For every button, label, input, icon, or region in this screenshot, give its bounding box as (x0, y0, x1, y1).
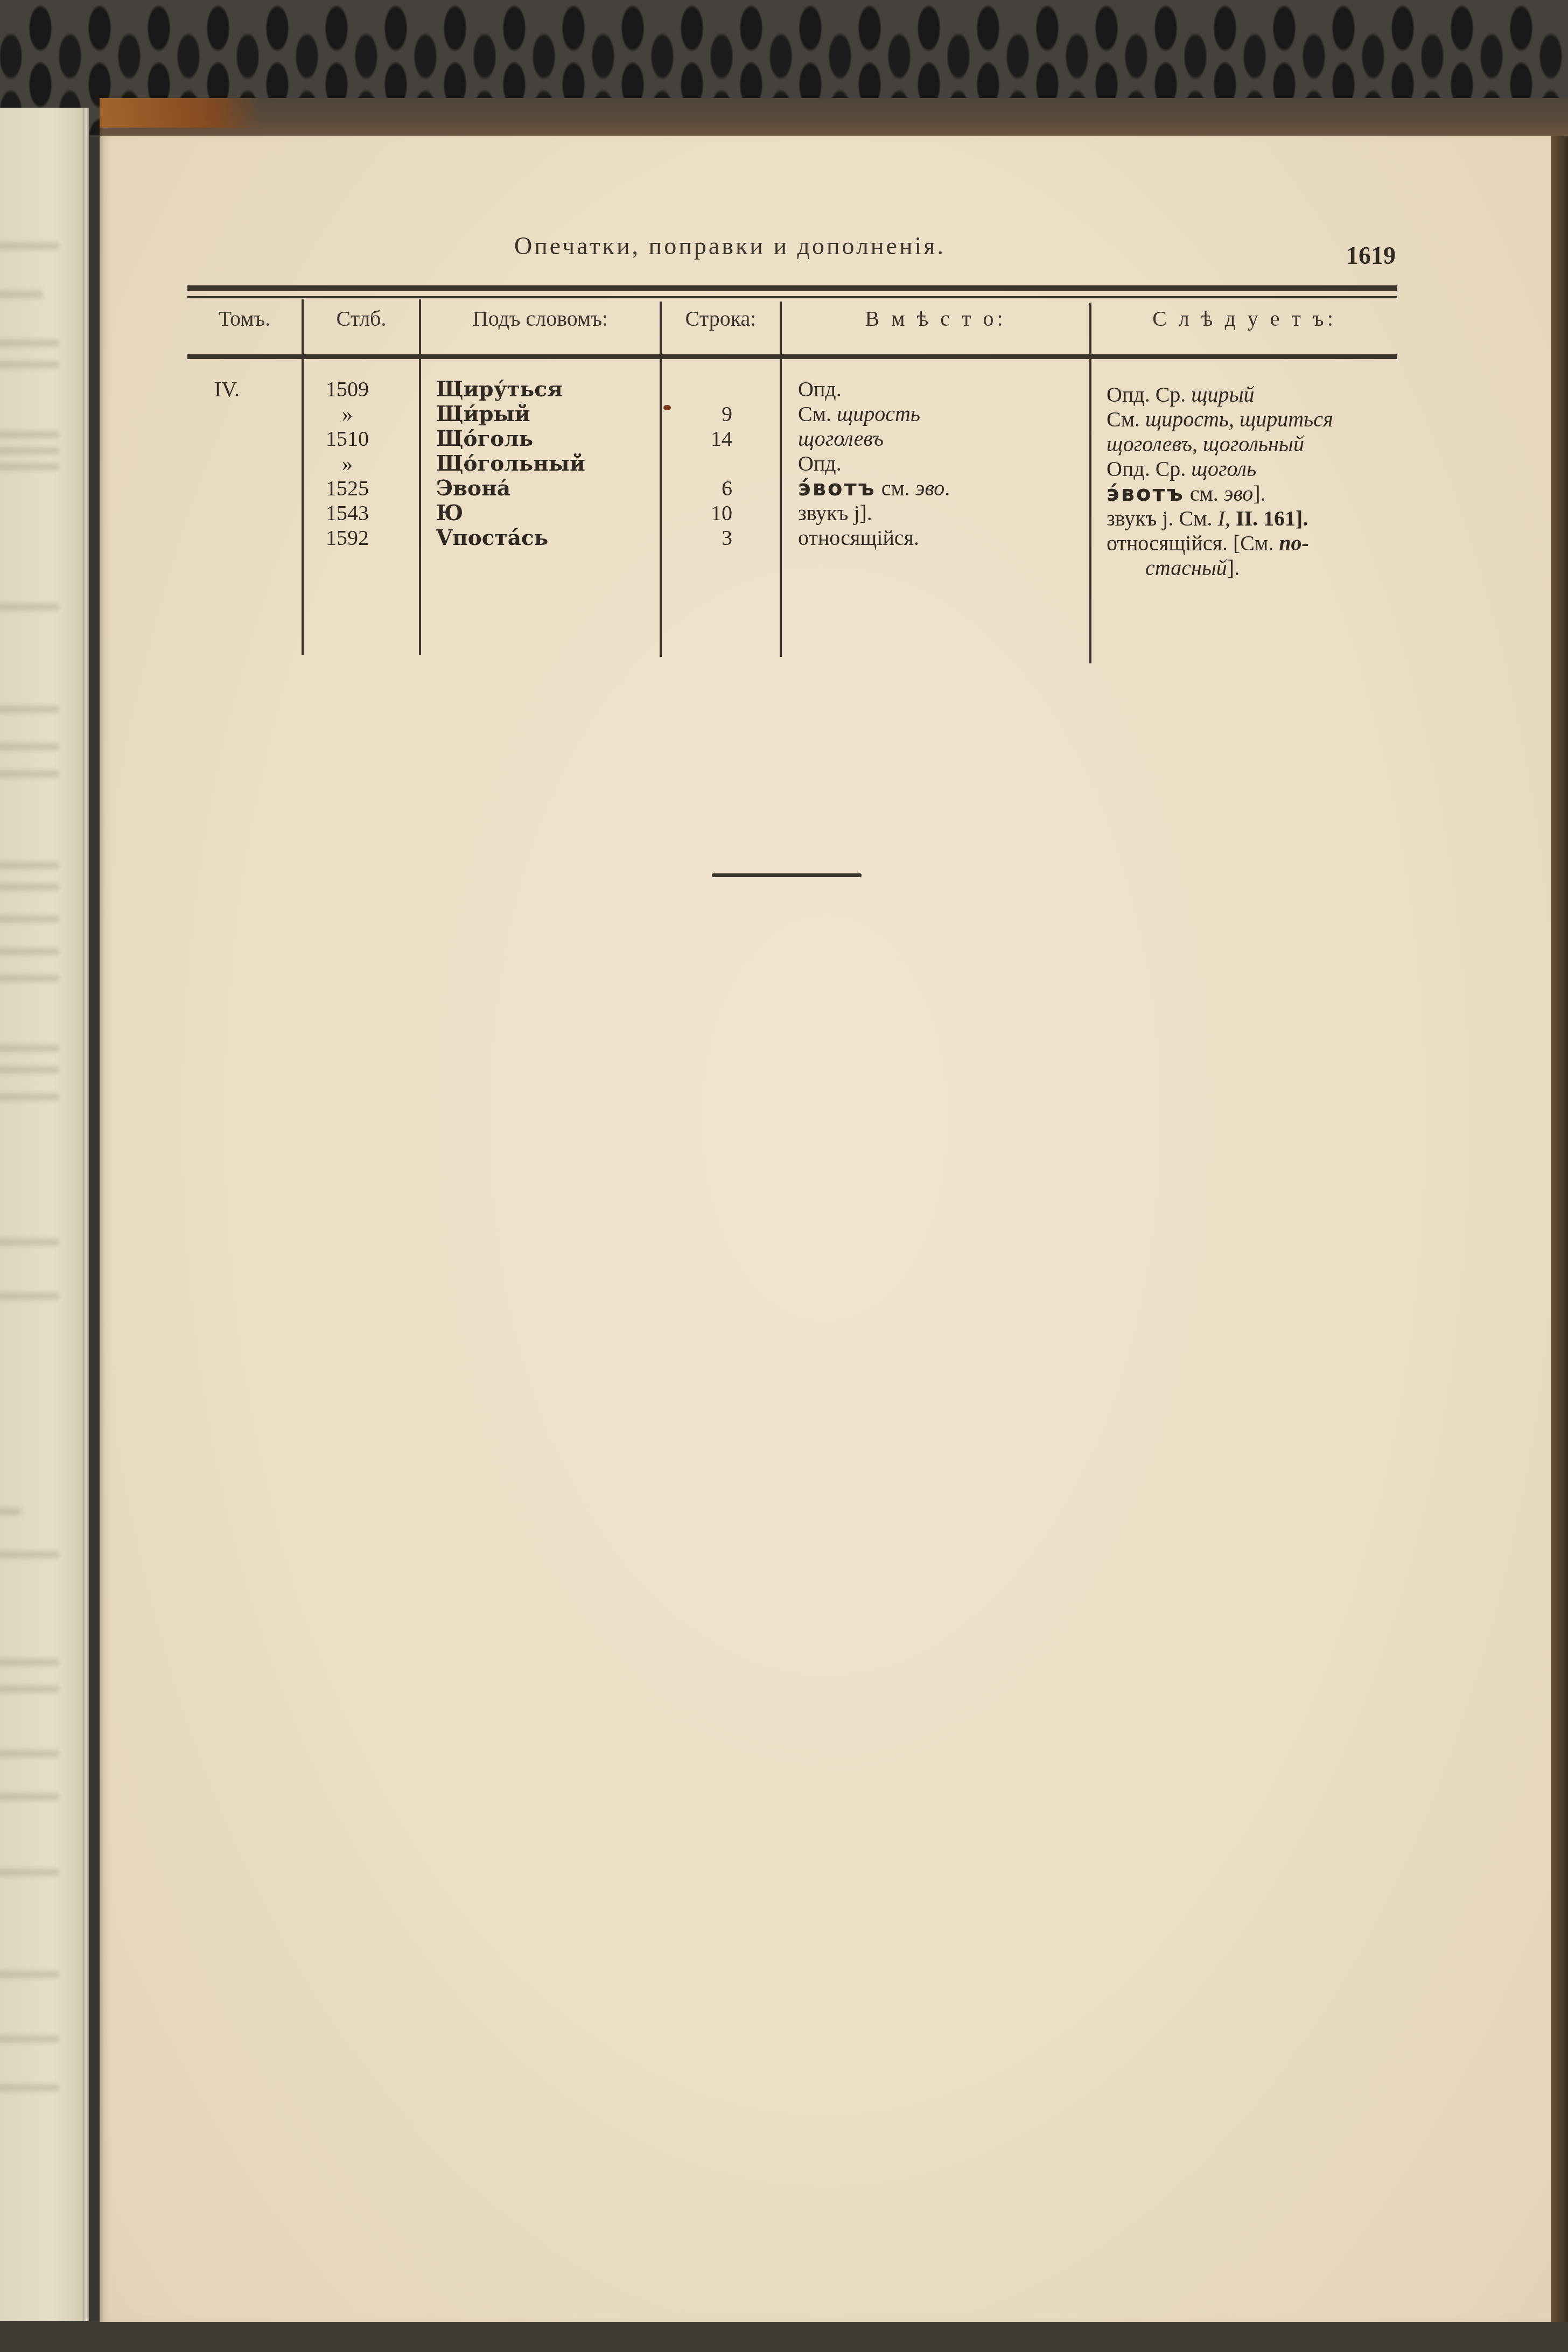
should-be-entry: стасный]. (1107, 556, 1333, 580)
line-number (673, 451, 732, 476)
column-divider (419, 299, 421, 655)
entry-tail: ]. (1253, 481, 1265, 506)
should-be-list: Опд. Ср. щирый См. щирость, щириться щог… (1107, 382, 1333, 580)
column-number-list: 1509 » 1510 » 1525 1543 1592 (318, 377, 377, 550)
should-be-entry: э́вотъ см. эво]. (1107, 481, 1333, 506)
ink-stain (663, 405, 671, 410)
should-be-entry: Опд. Ср. щоголь (1107, 457, 1333, 481)
column-divider (302, 299, 304, 655)
instead-of-entry: Опд. (798, 377, 950, 402)
entry-text: см. (1185, 481, 1224, 506)
column-number: 1509 (318, 377, 377, 402)
line-number: 14 (673, 426, 732, 451)
headword: Що́гольный (436, 451, 585, 476)
illegible-text (0, 339, 59, 347)
entry-italic: щирый (1191, 382, 1254, 407)
facing-page-strip (0, 108, 89, 2321)
entry-text: Опд. (798, 451, 842, 475)
header-stlb: Стлб. (304, 306, 419, 331)
instead-of-entry: Опд. (798, 451, 950, 476)
section-end-rule (712, 873, 862, 877)
illegible-text (0, 1868, 59, 1876)
illegible-text (0, 603, 59, 611)
illegible-text (0, 743, 59, 751)
illegible-text (0, 770, 59, 778)
book-binding-top (100, 98, 1568, 136)
headword: Vпоста́сь (436, 526, 585, 550)
should-be-entry: См. щирость, щириться (1107, 407, 1333, 432)
entry-italic: щоголь (1191, 457, 1256, 481)
illegible-text (0, 447, 59, 454)
illegible-text (0, 1658, 59, 1666)
should-be-entry: звукъ j. См. I, II. 161]. (1107, 506, 1333, 531)
column-number: » (318, 402, 377, 426)
headword: Що́голь (436, 426, 585, 451)
instead-of-entry: См. щирость (798, 402, 950, 426)
should-be-entry: относящійся. [См. по- (1107, 531, 1333, 556)
header-stroka: Строка: (662, 306, 780, 331)
entry-italic: эво (1224, 481, 1253, 506)
entry-italic: щоголевъ, щогольный (1107, 432, 1304, 456)
entry-text: относящійся. [См. (1107, 531, 1279, 555)
line-number: 9 (673, 402, 732, 426)
illegible-text (0, 862, 59, 869)
should-be-entry: Опд. Ср. щирый (1107, 382, 1333, 407)
illegible-text (0, 1793, 59, 1801)
entry-italic: I, (1218, 506, 1230, 530)
header-vmesto: В м ѣ с т о: (782, 306, 1089, 331)
illegible-text (0, 291, 43, 298)
headword-list: Щиру́ться Щи́рый Що́голь Що́гольный Эвон… (436, 377, 585, 550)
entry-text: Опд. (798, 377, 842, 401)
entry-text: См. (1107, 407, 1145, 431)
column-number: » (318, 451, 377, 476)
table-header-bottom-rule (187, 354, 1397, 359)
illegible-text (0, 1292, 59, 1300)
column-number: 1543 (318, 501, 377, 526)
running-title: Опечатки, поправки и дополненія. (514, 232, 1058, 260)
page-edge (83, 108, 89, 2321)
illegible-text (0, 463, 59, 471)
illegible-text (0, 948, 59, 955)
illegible-text (0, 2084, 59, 2091)
headword: Щиру́ться (436, 377, 585, 402)
instead-of-entry: звукъ j]. (798, 501, 950, 526)
illegible-text (0, 2035, 59, 2043)
scanner-mat-holes (0, 28, 1568, 109)
illegible-text (0, 361, 59, 368)
illegible-text (0, 242, 59, 250)
entry-italic: щирость, щириться (1145, 407, 1333, 431)
line-number (673, 377, 732, 402)
entry-tail: . (944, 476, 950, 500)
entry-bold: э́вотъ (1107, 481, 1185, 506)
illegible-text (0, 1066, 59, 1074)
page-number: 1619 (1346, 241, 1396, 270)
entry-text: звукъ j]. (798, 501, 872, 525)
entry-text: См. (798, 402, 837, 426)
entry-text: звукъ j. См. (1107, 506, 1218, 530)
line-number: 6 (673, 476, 732, 501)
instead-of-entry: относящійся. (798, 526, 950, 550)
instead-of-entry: щоголевъ (798, 426, 950, 451)
column-number: 1525 (318, 476, 377, 501)
illegible-text (0, 883, 59, 891)
illegible-text (0, 975, 59, 982)
instead-of-entry: э́вотъ см. эво. (798, 476, 950, 501)
headword: Щи́рый (436, 402, 585, 426)
line-number-list: 9 14 6 10 3 (673, 377, 732, 550)
column-divider (1089, 303, 1091, 663)
headword: Эвона́ (436, 476, 585, 501)
illegible-text (0, 1508, 22, 1515)
book-binding-bottom (0, 2321, 1568, 2352)
illegible-text (0, 915, 59, 923)
column-divider (780, 302, 782, 657)
volume-cell: IV. (214, 377, 240, 402)
entry-italic: эво (915, 476, 944, 500)
table-top-thick-rule (187, 285, 1397, 291)
entry-italic: щоголевъ (798, 426, 884, 451)
illegible-text (0, 1685, 59, 1693)
entry-tail: ]. (1227, 556, 1240, 580)
header-sleduet: С л ѣ д у е т ъ: (1091, 306, 1397, 331)
column-divider (660, 302, 662, 657)
header-pod-slovom: Подъ словомъ: (421, 306, 660, 331)
entry-text: Опд. Ср. (1107, 457, 1191, 481)
table-top-thin-rule (187, 296, 1397, 298)
illegible-text (0, 1045, 59, 1052)
illegible-text (0, 1238, 59, 1246)
illegible-text (0, 431, 59, 438)
line-number: 10 (673, 501, 732, 526)
illegible-text (0, 1750, 59, 1758)
headword: Ю (436, 501, 585, 526)
entry-text: см. (876, 476, 915, 500)
illegible-text (0, 1971, 59, 1978)
entry-tail: II. 161]. (1230, 506, 1308, 530)
entry-italic: по- (1279, 531, 1309, 555)
column-number: 1510 (318, 426, 377, 451)
entry-bold: э́вотъ (798, 476, 876, 501)
entry-italic: щирость (837, 402, 920, 426)
header-tom: Томъ. (187, 306, 302, 331)
binding-stain (100, 98, 261, 128)
should-be-entry: щоголевъ, щогольный (1107, 432, 1333, 457)
entry-text: относящійся. (798, 526, 919, 550)
illegible-text (0, 1551, 59, 1558)
line-number: 3 (673, 526, 732, 550)
entry-italic: стасный (1145, 556, 1227, 580)
column-number: 1592 (318, 526, 377, 550)
entry-text: Опд. Ср. (1107, 382, 1191, 407)
illegible-text (0, 705, 59, 713)
book-cover-edge (1551, 136, 1568, 2322)
instead-of-list: Опд. См. щирость щоголевъ Опд. э́вотъ см… (798, 377, 950, 550)
illegible-text (0, 1093, 59, 1101)
